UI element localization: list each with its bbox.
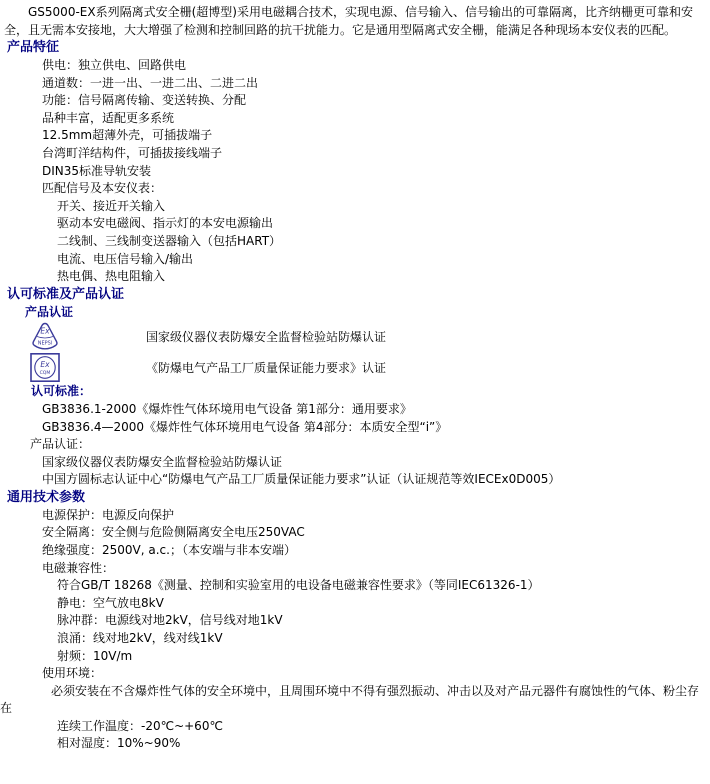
svg-text:Ex: Ex	[40, 327, 50, 336]
environment-label: 使用环境：	[0, 665, 710, 683]
feature-item: DIN35标准导轨安装	[0, 163, 710, 181]
match-item: 电流、电压信号输入/输出	[0, 251, 710, 269]
datasheet-page: GS5000-EX系列隔离式安全栅(超博型)采用电磁耦合技术，实现电源、信号输入…	[0, 0, 710, 784]
certification-label: 国家级仪器仪表防爆安全监督检验站防爆认证	[146, 328, 386, 345]
certification-row: Ex NEPSI 国家级仪器仪表防爆安全监督检验站防爆认证	[0, 321, 710, 352]
svg-text:CQM: CQM	[40, 370, 51, 376]
standard-item: GB3836.1-2000《爆炸性气体环境用电气设备 第1部分：通用要求》	[0, 401, 710, 419]
svg-text:NEPSI: NEPSI	[38, 341, 53, 347]
intro-paragraph: GS5000-EX系列隔离式安全栅(超博型)采用电磁耦合技术，实现电源、信号输入…	[0, 0, 710, 39]
feature-item: 12.5mm超薄外壳，可插拔端子	[0, 127, 710, 145]
environment-item: 相对湿度：10%~90%	[0, 735, 710, 753]
match-item: 开关、接近开关输入	[0, 198, 710, 216]
tech-item: 安全隔离：安全侧与危险侧隔离安全电压250VAC	[0, 524, 710, 542]
environment-note: 必须安装在不含爆炸性气体的安全环境中，且周围环境中不得有强烈振动、冲击以及对产品…	[0, 683, 710, 718]
feature-item: 功能：信号隔离传输、变送转换、分配	[0, 92, 710, 110]
tech-item-emc-label: 电磁兼容性：	[0, 560, 710, 578]
feature-item: 供电：独立供电、回路供电	[0, 57, 710, 75]
tech-item: 电源保护：电源反向保护	[0, 507, 710, 525]
subheading-product-certification: 产品认证	[0, 304, 710, 322]
emc-item: 符合GB/T 18268《测量、控制和实验室用的电设备电磁兼容性要求》（等同IE…	[0, 577, 710, 595]
emc-item: 射频：10V/m	[0, 648, 710, 666]
certification-label: 《防爆电气产品工厂质量保证能力要求》认证	[146, 359, 386, 376]
section-heading-tech-parameters: 通用技术参数	[0, 489, 710, 507]
product-cert-item: 中国方圆标志认证中心“防爆电气产品工厂质量保证能力要求”认证（认证规范等效IEC…	[0, 471, 710, 489]
subheading-standards: 认可标准：	[0, 383, 710, 401]
emc-item: 脉冲群：电源线对地2kV，信号线对地1kV	[0, 612, 710, 630]
emc-item: 浪涌：线对地2kV，线对线1kV	[0, 630, 710, 648]
feature-item: 通道数：一进一出、一进二出、二进二出	[0, 75, 710, 93]
product-cert-item: 国家级仪器仪表防爆安全监督检验站防爆认证	[0, 454, 710, 472]
section-heading-features: 产品特征	[0, 39, 710, 57]
match-item: 二线制、三线制变送器输入（包括HART）	[0, 233, 710, 251]
section-heading-certification: 认可标准及产品认证	[0, 286, 710, 304]
cqm-ex-mark-icon: Ex CQM	[30, 353, 60, 382]
standard-item: GB3836.4—2000《爆炸性气体环境用电气设备 第4部分：本质安全型“i”…	[0, 419, 710, 437]
nepsi-ex-mark-icon: Ex NEPSI	[30, 322, 60, 351]
match-item: 热电偶、热电阻输入	[0, 268, 710, 286]
feature-item-match-label: 匹配信号及本安仪表：	[0, 180, 710, 198]
product-certs-label: 产品认证：	[0, 436, 710, 454]
tech-item: 绝缘强度：2500V, a.c.；（本安端与非本安端）	[0, 542, 710, 560]
match-item: 驱动本安电磁阀、指示灯的本安电源输出	[0, 215, 710, 233]
feature-item: 台湾町洋结构件，可插拔接线端子	[0, 145, 710, 163]
certification-row: Ex CQM 《防爆电气产品工厂质量保证能力要求》认证	[0, 352, 710, 383]
feature-item: 品种丰富，适配更多系统	[0, 110, 710, 128]
emc-item: 静电：空气放电8kV	[0, 595, 710, 613]
svg-text:Ex: Ex	[40, 360, 50, 369]
environment-item: 连续工作温度：-20℃~+60℃	[0, 718, 710, 736]
